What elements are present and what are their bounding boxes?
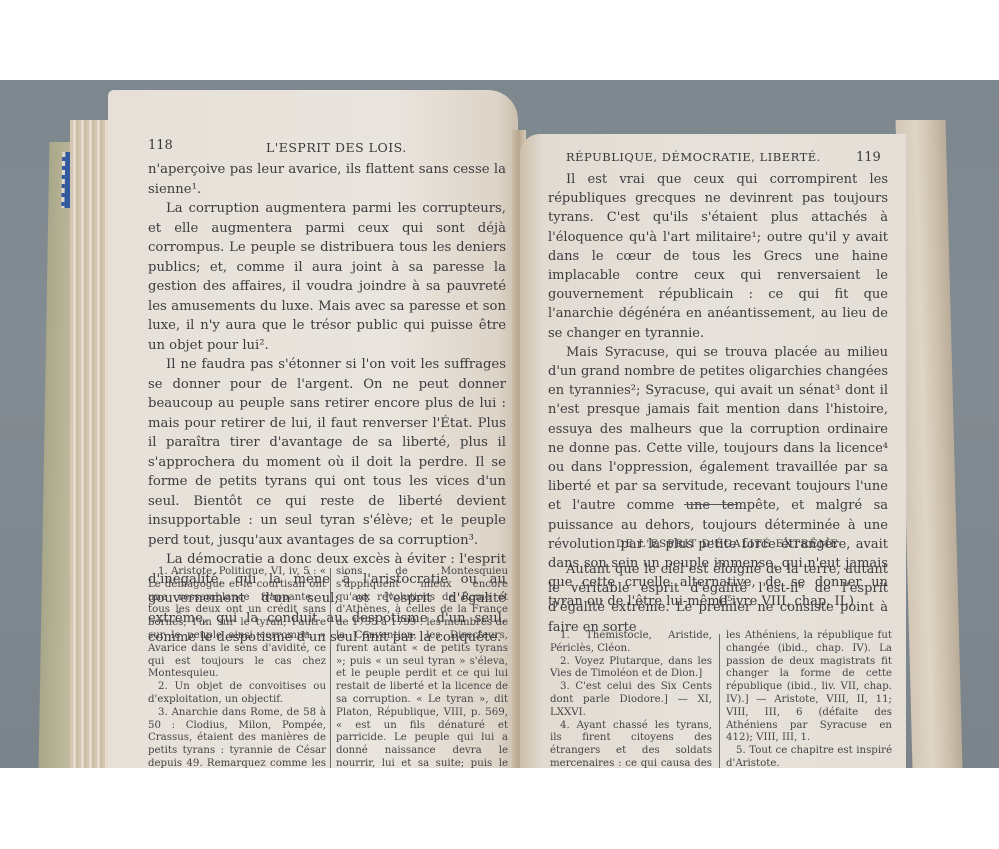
footnotes-column-1: 1. Aristote, Politique, VI, iv, 5 : « Le… [148, 566, 326, 768]
footnote-column-divider [330, 568, 331, 768]
footnote: 3. C'est celui des Six Cents dont parle … [550, 681, 712, 719]
page-number: 119 [856, 150, 881, 165]
section-text: Autant que le ciel est éloigné de la ter… [548, 560, 888, 637]
footnote: 2. Un objet de convoitises ou d'exploita… [148, 681, 326, 707]
paragraph: Autant que le ciel est éloigné de la ter… [548, 560, 888, 637]
footnote: 2. Voyez Plutarque, dans les Vies de Tim… [550, 656, 712, 682]
paragraph: n'aperçoive pas leur avarice, ils flatte… [148, 160, 506, 199]
footnote: 3. Anarchie dans Rome, de 58 à 50 : Clod… [148, 707, 326, 768]
running-head: RÉPUBLIQUE, DÉMOCRATIE, LIBERTÉ. [566, 150, 821, 164]
footnotes-column-2: sions de Montesquieu s'appliquent mieux … [336, 566, 508, 768]
footnotes-column-2: les Athéniens, la république fut changée… [726, 630, 892, 768]
footnote-column-divider [719, 634, 720, 768]
left-page: 118 L'ESPRIT DES LOIS. n'aperçoive pas l… [108, 90, 518, 768]
book-photo: 118 L'ESPRIT DES LOIS. n'aperçoive pas l… [0, 80, 999, 768]
footnote: 4. Ayant chassé les tyrans, ils firent c… [550, 720, 712, 768]
footnote: les Athéniens, la république fut changée… [726, 630, 892, 745]
paragraph: La corruption augmentera parmi les corru… [148, 199, 506, 355]
right-page: RÉPUBLIQUE, DÉMOCRATIE, LIBERTÉ. 119 Il … [520, 134, 906, 768]
footnote: 1. Thémistocle, Aristide, Périclès, Cléo… [550, 630, 712, 656]
footnote: 1. Aristote, Politique, VI, iv, 5 : « Le… [148, 566, 326, 681]
page-edges-left [70, 120, 112, 768]
footnote: 5. Tout ce chapitre est inspiré d'Aristo… [726, 745, 892, 768]
paragraph: Il est vrai que ceux qui corrompirent le… [548, 170, 888, 343]
section-title: DE L'ESPRIT D'ÉGALITÉ EXTRÊME [616, 538, 839, 550]
page-number: 118 [148, 138, 173, 153]
running-head: L'ESPRIT DES LOIS. [266, 140, 407, 155]
footnote: sions de Montesquieu s'appliquent mieux … [336, 566, 508, 768]
paragraph: Il ne faudra pas s'étonner si l'on voit … [148, 355, 506, 550]
section-divider [684, 504, 738, 505]
footnotes-column-1: 1. Thémistocle, Aristide, Périclès, Cléo… [550, 630, 712, 768]
